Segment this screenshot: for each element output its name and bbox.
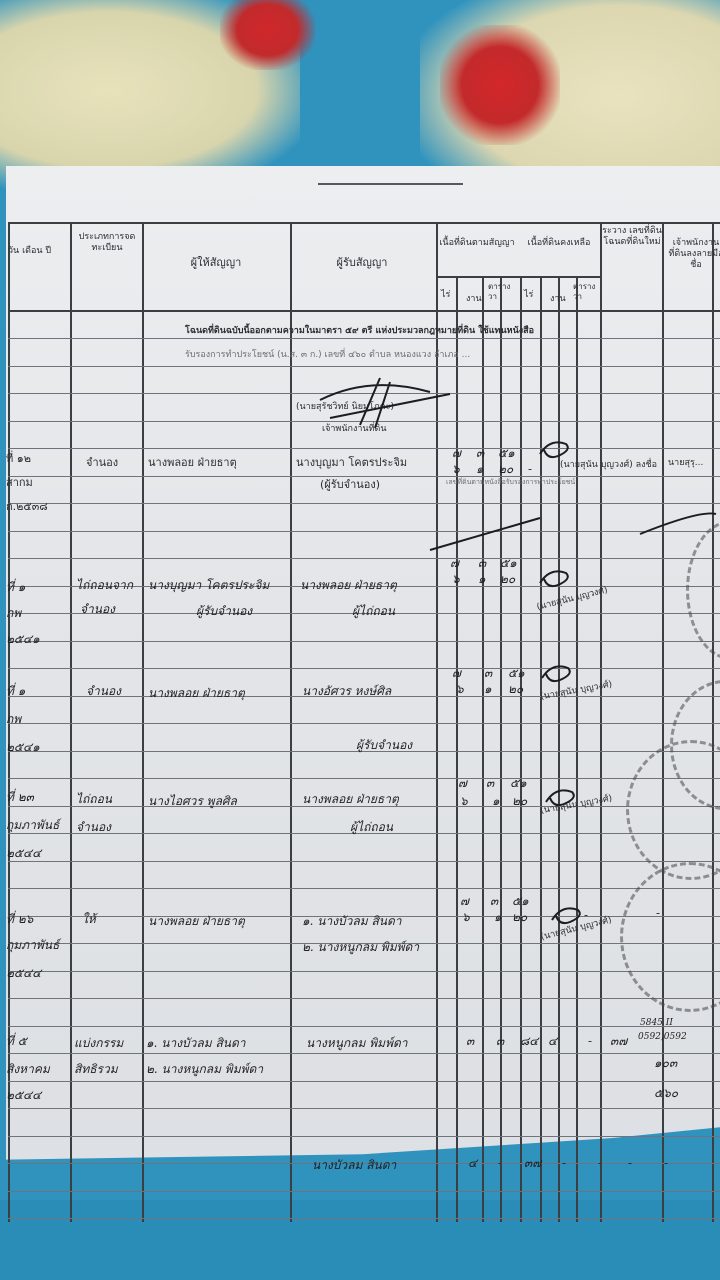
grid-row-line (8, 1218, 720, 1219)
row2-area-sub-sqwa: ๒๐ (500, 572, 515, 586)
row2-date-1: ที่ ๑ (6, 580, 25, 594)
row5-area-ngan: ๓ (490, 894, 498, 908)
grid-row-line (8, 641, 720, 642)
row3-area-sub-ngan: ๑ (484, 682, 492, 696)
row6-new-parcel-sheet: 5845 II (640, 1018, 673, 1029)
header-area-contract: เนื้อที่ดินตามสัญญา (438, 238, 516, 249)
grid-row-line (8, 971, 720, 972)
row1-date-2: สากม (6, 476, 33, 489)
header-date: วัน เดือน ปี (8, 246, 51, 257)
grid-row-line (8, 998, 720, 999)
row7-new-parcel: - (664, 1156, 668, 1170)
row6-grantee: นางหนูกลม พิมพ์ดา (306, 1036, 408, 1050)
row1-grantor: นางพลอย ฝ่ายธาตุ (148, 456, 237, 469)
grid-header-line (8, 310, 720, 312)
header-ngan-2: งาน (550, 294, 566, 305)
header-area-remaining: เนื้อที่ดินคงเหลือ (520, 238, 598, 249)
officer-signature (290, 370, 460, 430)
row2-grantee: นางพลอย ฝ่ายธาตุ (300, 578, 397, 592)
row5-area-rai: ๗ (460, 894, 469, 908)
grid-column-line (662, 222, 664, 1222)
row2-area-sub-ngan: ๑ (478, 572, 486, 586)
grid-row-line (8, 861, 720, 862)
row6-area-sqwa: ๘๔ (520, 1034, 538, 1048)
row1-area-sub-ngan: ๑ (476, 462, 484, 476)
row3-grantee-role: ผู้รับจำนอง (356, 738, 412, 752)
row6-grantor-2: ๒. นางหนูกลม พิมพ์ดา (146, 1062, 263, 1076)
grid-row-line (8, 1081, 720, 1082)
row5-area-sqwa: ๕๑ (512, 894, 529, 908)
row2-type-2: จำนอง (80, 602, 115, 616)
row5-date-3: ๒๕๔๔ (6, 966, 41, 980)
row1-area-sqwa: ๕๑ (498, 446, 515, 460)
grid-subheader-line (436, 276, 600, 278)
grid-row-line (8, 778, 720, 779)
header-grantor: ผู้ให้สัญญา (146, 256, 286, 269)
preamble-line-1: โฉนดที่ดินฉบับนี้ออกตามความในมาตรา ๕๙ ตร… (185, 326, 534, 337)
row6-area-rai: ๓ (466, 1034, 474, 1048)
red-paint-patch (440, 25, 560, 145)
row2-grantor: นางบุญมา โคตรประจิม (148, 578, 269, 592)
row5-date-1: ที่ ๒๖ (6, 912, 33, 926)
row1-type: จำนอง (86, 456, 118, 469)
row7-remaining-ngan: - (598, 1156, 602, 1170)
row6-remaining-ngan: - (588, 1034, 592, 1048)
row6-date-1: ที่ ๕ (6, 1034, 27, 1048)
row3-date-1: ที่ ๑ (6, 684, 25, 698)
grid-row-line (8, 1136, 720, 1137)
row6-new-title-number: ๕๖๐ (654, 1086, 678, 1100)
row7-area-ngan: - (498, 1156, 502, 1170)
row4-grantee-role: ผู้ไถ่ถอน (350, 820, 393, 834)
preamble-line-2: รับรองการทำประโยชน์ (น.ส. ๓ ก.) เลขที่ ๔… (185, 350, 470, 361)
row4-type-1: ไถ่ถอน (76, 792, 112, 806)
row4-date-1: ที่ ๒๓ (6, 790, 34, 804)
signature-scribble (542, 784, 582, 814)
header-grantee: ผู้รับสัญญา (292, 256, 432, 269)
row1-area-ngan: ๓ (476, 446, 484, 460)
row3-area-sqwa: ๕๑ (508, 666, 525, 680)
row5-type: ให้ (82, 912, 96, 926)
cross-out-stroke (420, 500, 720, 560)
header-rai-1: ไร่ (441, 290, 450, 301)
grid-row-line (8, 1108, 720, 1109)
header-rai-2: ไร่ (524, 290, 533, 301)
row6-area-ngan: ๓ (496, 1034, 504, 1048)
row4-type-2: จำนอง (76, 820, 111, 834)
row1-grantee: นางบุญมา โคตรประจิม (296, 456, 407, 469)
row1-date-3: ก.๒๕๓๘ (6, 500, 48, 513)
row3-date-2: กพ (6, 712, 21, 726)
row7-grantee: นางบัวลม สินดา (312, 1158, 396, 1172)
grid-row-line (8, 1191, 720, 1192)
grid-row-line (8, 723, 720, 724)
row2-grantor-role: ผู้รับจำนอง (196, 604, 252, 618)
header-official: เจ้าพนักงานที่ดินลงลายมือชื่อ (666, 238, 720, 270)
row3-area-rai: ๗ (452, 666, 461, 680)
row2-date-2: กพ (6, 606, 21, 620)
grid-row-line (8, 476, 720, 477)
row1-official-name: นายสุรุ... (668, 458, 703, 469)
signature-scribble (536, 565, 576, 595)
row4-grantor: นางไอศวร พูลศิล (148, 794, 237, 808)
signature-scribble (548, 902, 588, 932)
signature-scribble (538, 660, 578, 690)
row2-type-1: ไถ่ถอนจาก (76, 578, 133, 592)
row2-area-sub-rai: ๖ (452, 572, 460, 586)
grid-row-line (8, 668, 720, 669)
grid-column-line (600, 222, 602, 1222)
row6-type-2: สิทธิรวม (74, 1062, 118, 1076)
row5-area-sub-sqwa: ๒๐ (512, 910, 527, 924)
row1-remaining: - (528, 462, 532, 476)
row1-note: เลขที่ดินตามหนังสือรับรองการทำประโยชน์ (446, 478, 575, 486)
row4-area-sub-ngan: ๑ (492, 794, 500, 808)
row6-remaining-sqwa: ๓๗ (610, 1034, 627, 1048)
row4-area-sub-rai: ๖ (460, 794, 468, 808)
row2-grantee-role: ผู้ไถ่ถอน (352, 604, 395, 618)
header-type: ประเภทการจดทะเบียน (74, 232, 140, 254)
row3-grantee: นางอัศวร หงษ์ศิล (302, 684, 391, 698)
row1-date-1: ที่ ๑๒ (6, 452, 31, 465)
row3-area-sub-sqwa: ๒๐ (508, 682, 523, 696)
row1-area-rai: ๗ (452, 446, 461, 460)
row5-grantee-1: ๑. นางบัวลม สินดา (302, 914, 402, 928)
row4-area-sqwa: ๕๑ (510, 776, 527, 790)
row6-remaining-rai: ๔ (548, 1034, 557, 1048)
grid-row-line (8, 888, 720, 889)
row7-area-rai: ๔ (468, 1156, 477, 1170)
row6-new-parcel-number: ๑๐๓ (654, 1056, 677, 1070)
row5-area-sub-ngan: ๑ (494, 910, 502, 924)
grid-column-line (70, 222, 72, 1222)
grid-column-line (142, 222, 144, 1222)
row7-remaining-rai: - (562, 1156, 566, 1170)
row6-new-parcel-ref: 0592,0592 (638, 1032, 687, 1043)
red-paint-patch (220, 0, 315, 70)
row7-remaining-sqwa: - (628, 1156, 632, 1170)
grid-row-line (8, 1026, 720, 1027)
header-ngan-1: งาน (466, 294, 482, 305)
grid-header-line (8, 222, 720, 224)
grid-row-line (8, 448, 720, 449)
row4-date-3: ๒๕๔๔ (6, 846, 41, 860)
grid-row-line (8, 366, 720, 367)
row3-area-ngan: ๓ (484, 666, 492, 680)
row6-grantor-1: ๑. นางบัวลม สินดา (146, 1036, 246, 1050)
row3-date-3: ๒๕๔๑ (6, 740, 40, 754)
header-sqwa-1: ตารางวา (488, 282, 510, 301)
row7-area-sqwa: ๓๗ (524, 1156, 541, 1170)
header-sqwa-2: ตารางวา (573, 282, 595, 301)
signature-scribble (536, 436, 576, 466)
row3-area-sub-rai: ๖ (456, 682, 464, 696)
row6-type-1: แบ่งกรรม (74, 1036, 123, 1050)
row3-type: จำนอง (86, 684, 121, 698)
row4-date-2: กุมภาพันธ์ (6, 818, 59, 832)
row4-area-sub-sqwa: ๒๐ (512, 794, 527, 808)
row1-grantee-role: (ผู้รับจำนอง) (320, 478, 380, 491)
row4-area-rai: ๗ (458, 776, 467, 790)
row4-area-ngan: ๓ (486, 776, 494, 790)
row4-grantee: นางพลอย ฝ่ายธาตุ (302, 792, 399, 806)
header-new-parcel: ระวาง เลขที่ดิน โฉนดที่ดินใหม่ (600, 226, 664, 248)
row1-area-sub-rai: ๖ (452, 462, 460, 476)
row2-date-3: ๒๕๔๑ (6, 632, 40, 646)
grid-row-line (8, 1053, 720, 1054)
row6-date-3: ๒๕๔๔ (6, 1088, 41, 1102)
row5-grantor: นางพลอย ฝ่ายธาตุ (148, 914, 245, 928)
row6-date-2: สิงหาคม (6, 1062, 50, 1076)
blue-wall-bottom (0, 1200, 720, 1280)
row5-area-sub-rai: ๖ (462, 910, 470, 924)
grid-row-line (8, 338, 720, 339)
row3-grantor: นางพลอย ฝ่ายธาตุ (148, 686, 245, 700)
row5-grantee-2: ๒. นางหนูกลม พิมพ์ดา (302, 940, 419, 954)
top-rule-line (318, 183, 463, 185)
row5-date-2: กุมภาพันธ์ (6, 938, 59, 952)
row1-area-sub-sqwa: ๒๐ (498, 462, 513, 476)
